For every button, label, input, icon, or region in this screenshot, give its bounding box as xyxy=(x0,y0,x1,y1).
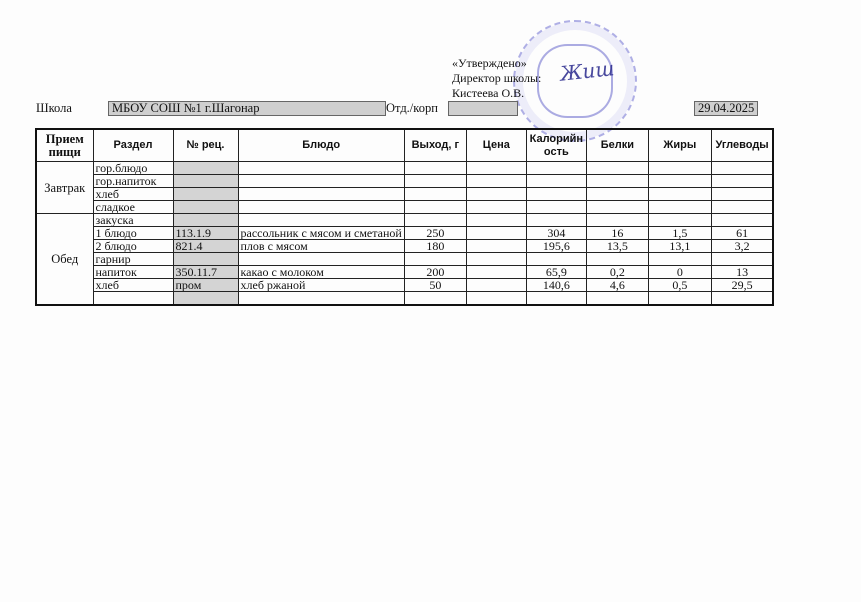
col-weight: Выход, г xyxy=(404,129,466,162)
section-cell: закуска xyxy=(93,214,173,227)
carbs-cell xyxy=(711,201,773,214)
col-section: Раздел xyxy=(93,129,173,162)
carbs-cell xyxy=(711,214,773,227)
protein-cell xyxy=(586,292,648,306)
weight-cell xyxy=(404,188,466,201)
kcal-cell: 195,6 xyxy=(526,240,586,253)
weight-cell: 50 xyxy=(404,279,466,292)
school-field[interactable]: МБОУ СОШ №1 г.Шагонар xyxy=(108,101,386,116)
table-row: Обедзакуска xyxy=(36,214,773,227)
protein-cell: 13,5 xyxy=(586,240,648,253)
recipe-cell xyxy=(173,292,238,306)
table-row: 1 блюдо113.1.9рассольник с мясом и смета… xyxy=(36,227,773,240)
fat-cell xyxy=(648,214,711,227)
dish-cell xyxy=(238,201,404,214)
dish-cell xyxy=(238,214,404,227)
menu-table: Прием пищи Раздел № рец. Блюдо Выход, г … xyxy=(35,128,774,306)
dish-cell: хлеб ржаной xyxy=(238,279,404,292)
approval-director-name: Кистеева О.В. xyxy=(452,86,541,101)
kcal-cell xyxy=(526,292,586,306)
kcal-cell xyxy=(526,188,586,201)
col-recipe: № рец. xyxy=(173,129,238,162)
carbs-cell xyxy=(711,162,773,175)
protein-cell: 0,2 xyxy=(586,266,648,279)
section-cell: гарнир xyxy=(93,253,173,266)
protein-cell xyxy=(586,201,648,214)
table-row: хлеб xyxy=(36,188,773,201)
weight-cell xyxy=(404,214,466,227)
table-header-row: Прием пищи Раздел № рец. Блюдо Выход, г … xyxy=(36,129,773,162)
carbs-cell xyxy=(711,175,773,188)
recipe-cell xyxy=(173,253,238,266)
fat-cell xyxy=(648,253,711,266)
section-cell: гор.напиток xyxy=(93,175,173,188)
kcal-cell xyxy=(526,253,586,266)
fat-cell: 0 xyxy=(648,266,711,279)
weight-cell xyxy=(404,162,466,175)
date-field[interactable]: 29.04.2025 xyxy=(694,101,758,116)
section-cell: сладкое xyxy=(93,201,173,214)
dept-field[interactable] xyxy=(448,101,518,116)
table-row: гор.напиток xyxy=(36,175,773,188)
col-meal: Прием пищи xyxy=(36,129,93,162)
table-row: сладкое xyxy=(36,201,773,214)
dish-cell xyxy=(238,162,404,175)
section-cell: гор.блюдо xyxy=(93,162,173,175)
table-row: 2 блюдо821.4плов с мясом180195,613,513,1… xyxy=(36,240,773,253)
fat-cell: 0,5 xyxy=(648,279,711,292)
kcal-cell xyxy=(526,162,586,175)
price-cell xyxy=(466,253,526,266)
recipe-cell xyxy=(173,188,238,201)
section-cell xyxy=(93,292,173,306)
recipe-cell xyxy=(173,175,238,188)
table-row: гарнир xyxy=(36,253,773,266)
table-row xyxy=(36,292,773,306)
kcal-cell xyxy=(526,201,586,214)
recipe-cell xyxy=(173,214,238,227)
section-cell: напиток xyxy=(93,266,173,279)
col-kcal: Калорийн ость xyxy=(526,129,586,162)
price-cell xyxy=(466,214,526,227)
carbs-cell: 13 xyxy=(711,266,773,279)
approval-title: «Утверждено» xyxy=(452,56,541,71)
dish-cell: какао с молоком xyxy=(238,266,404,279)
protein-cell xyxy=(586,188,648,201)
weight-cell: 250 xyxy=(404,227,466,240)
dish-cell xyxy=(238,175,404,188)
fat-cell xyxy=(648,292,711,306)
school-label: Школа xyxy=(36,101,72,116)
carbs-cell xyxy=(711,253,773,266)
col-carbs: Углеводы xyxy=(711,129,773,162)
kcal-cell xyxy=(526,175,586,188)
kcal-cell: 304 xyxy=(526,227,586,240)
weight-cell xyxy=(404,292,466,306)
price-cell xyxy=(466,175,526,188)
approval-director-label: Директор школы: xyxy=(452,71,541,86)
carbs-cell: 3,2 xyxy=(711,240,773,253)
section-cell: 1 блюдо xyxy=(93,227,173,240)
meal-name-cell: Обед xyxy=(36,214,93,306)
protein-cell xyxy=(586,175,648,188)
recipe-cell: 350.11.7 xyxy=(173,266,238,279)
section-cell: хлеб xyxy=(93,279,173,292)
col-price: Цена xyxy=(466,129,526,162)
section-cell: 2 блюдо xyxy=(93,240,173,253)
col-protein: Белки xyxy=(586,129,648,162)
weight-cell xyxy=(404,175,466,188)
protein-cell xyxy=(586,214,648,227)
kcal-cell: 140,6 xyxy=(526,279,586,292)
weight-cell xyxy=(404,253,466,266)
price-cell xyxy=(466,188,526,201)
dish-cell xyxy=(238,292,404,306)
weight-cell: 200 xyxy=(404,266,466,279)
protein-cell: 4,6 xyxy=(586,279,648,292)
dish-cell xyxy=(238,253,404,266)
dish-cell: рассольник с мясом и сметаной xyxy=(238,227,404,240)
fat-cell xyxy=(648,162,711,175)
kcal-cell: 65,9 xyxy=(526,266,586,279)
carbs-cell xyxy=(711,188,773,201)
meal-name-cell: Завтрак xyxy=(36,162,93,214)
price-cell xyxy=(466,292,526,306)
carbs-cell: 61 xyxy=(711,227,773,240)
recipe-cell xyxy=(173,201,238,214)
carbs-cell: 29,5 xyxy=(711,279,773,292)
protein-cell xyxy=(586,162,648,175)
recipe-cell: 821.4 xyxy=(173,240,238,253)
table-row: хлебпромхлеб ржаной50140,64,60,529,5 xyxy=(36,279,773,292)
fat-cell xyxy=(648,175,711,188)
price-cell xyxy=(466,266,526,279)
dept-label: Отд./корп xyxy=(386,101,438,116)
table-row: напиток350.11.7какао с молоком20065,90,2… xyxy=(36,266,773,279)
fat-cell: 1,5 xyxy=(648,227,711,240)
price-cell xyxy=(466,227,526,240)
recipe-cell: 113.1.9 xyxy=(173,227,238,240)
dish-cell: плов с мясом xyxy=(238,240,404,253)
col-fat: Жиры xyxy=(648,129,711,162)
price-cell xyxy=(466,240,526,253)
table-row: Завтракгор.блюдо xyxy=(36,162,773,175)
price-cell xyxy=(466,279,526,292)
kcal-cell xyxy=(526,214,586,227)
weight-cell: 180 xyxy=(404,240,466,253)
recipe-cell xyxy=(173,162,238,175)
dish-cell xyxy=(238,188,404,201)
carbs-cell xyxy=(711,292,773,306)
price-cell xyxy=(466,162,526,175)
fat-cell xyxy=(648,188,711,201)
protein-cell xyxy=(586,253,648,266)
section-cell: хлеб xyxy=(93,188,173,201)
fat-cell: 13,1 xyxy=(648,240,711,253)
fat-cell xyxy=(648,201,711,214)
recipe-cell: пром xyxy=(173,279,238,292)
approval-block: «Утверждено» Директор школы: Кистеева О.… xyxy=(452,56,541,101)
weight-cell xyxy=(404,201,466,214)
protein-cell: 16 xyxy=(586,227,648,240)
col-dish: Блюдо xyxy=(238,129,404,162)
price-cell xyxy=(466,201,526,214)
